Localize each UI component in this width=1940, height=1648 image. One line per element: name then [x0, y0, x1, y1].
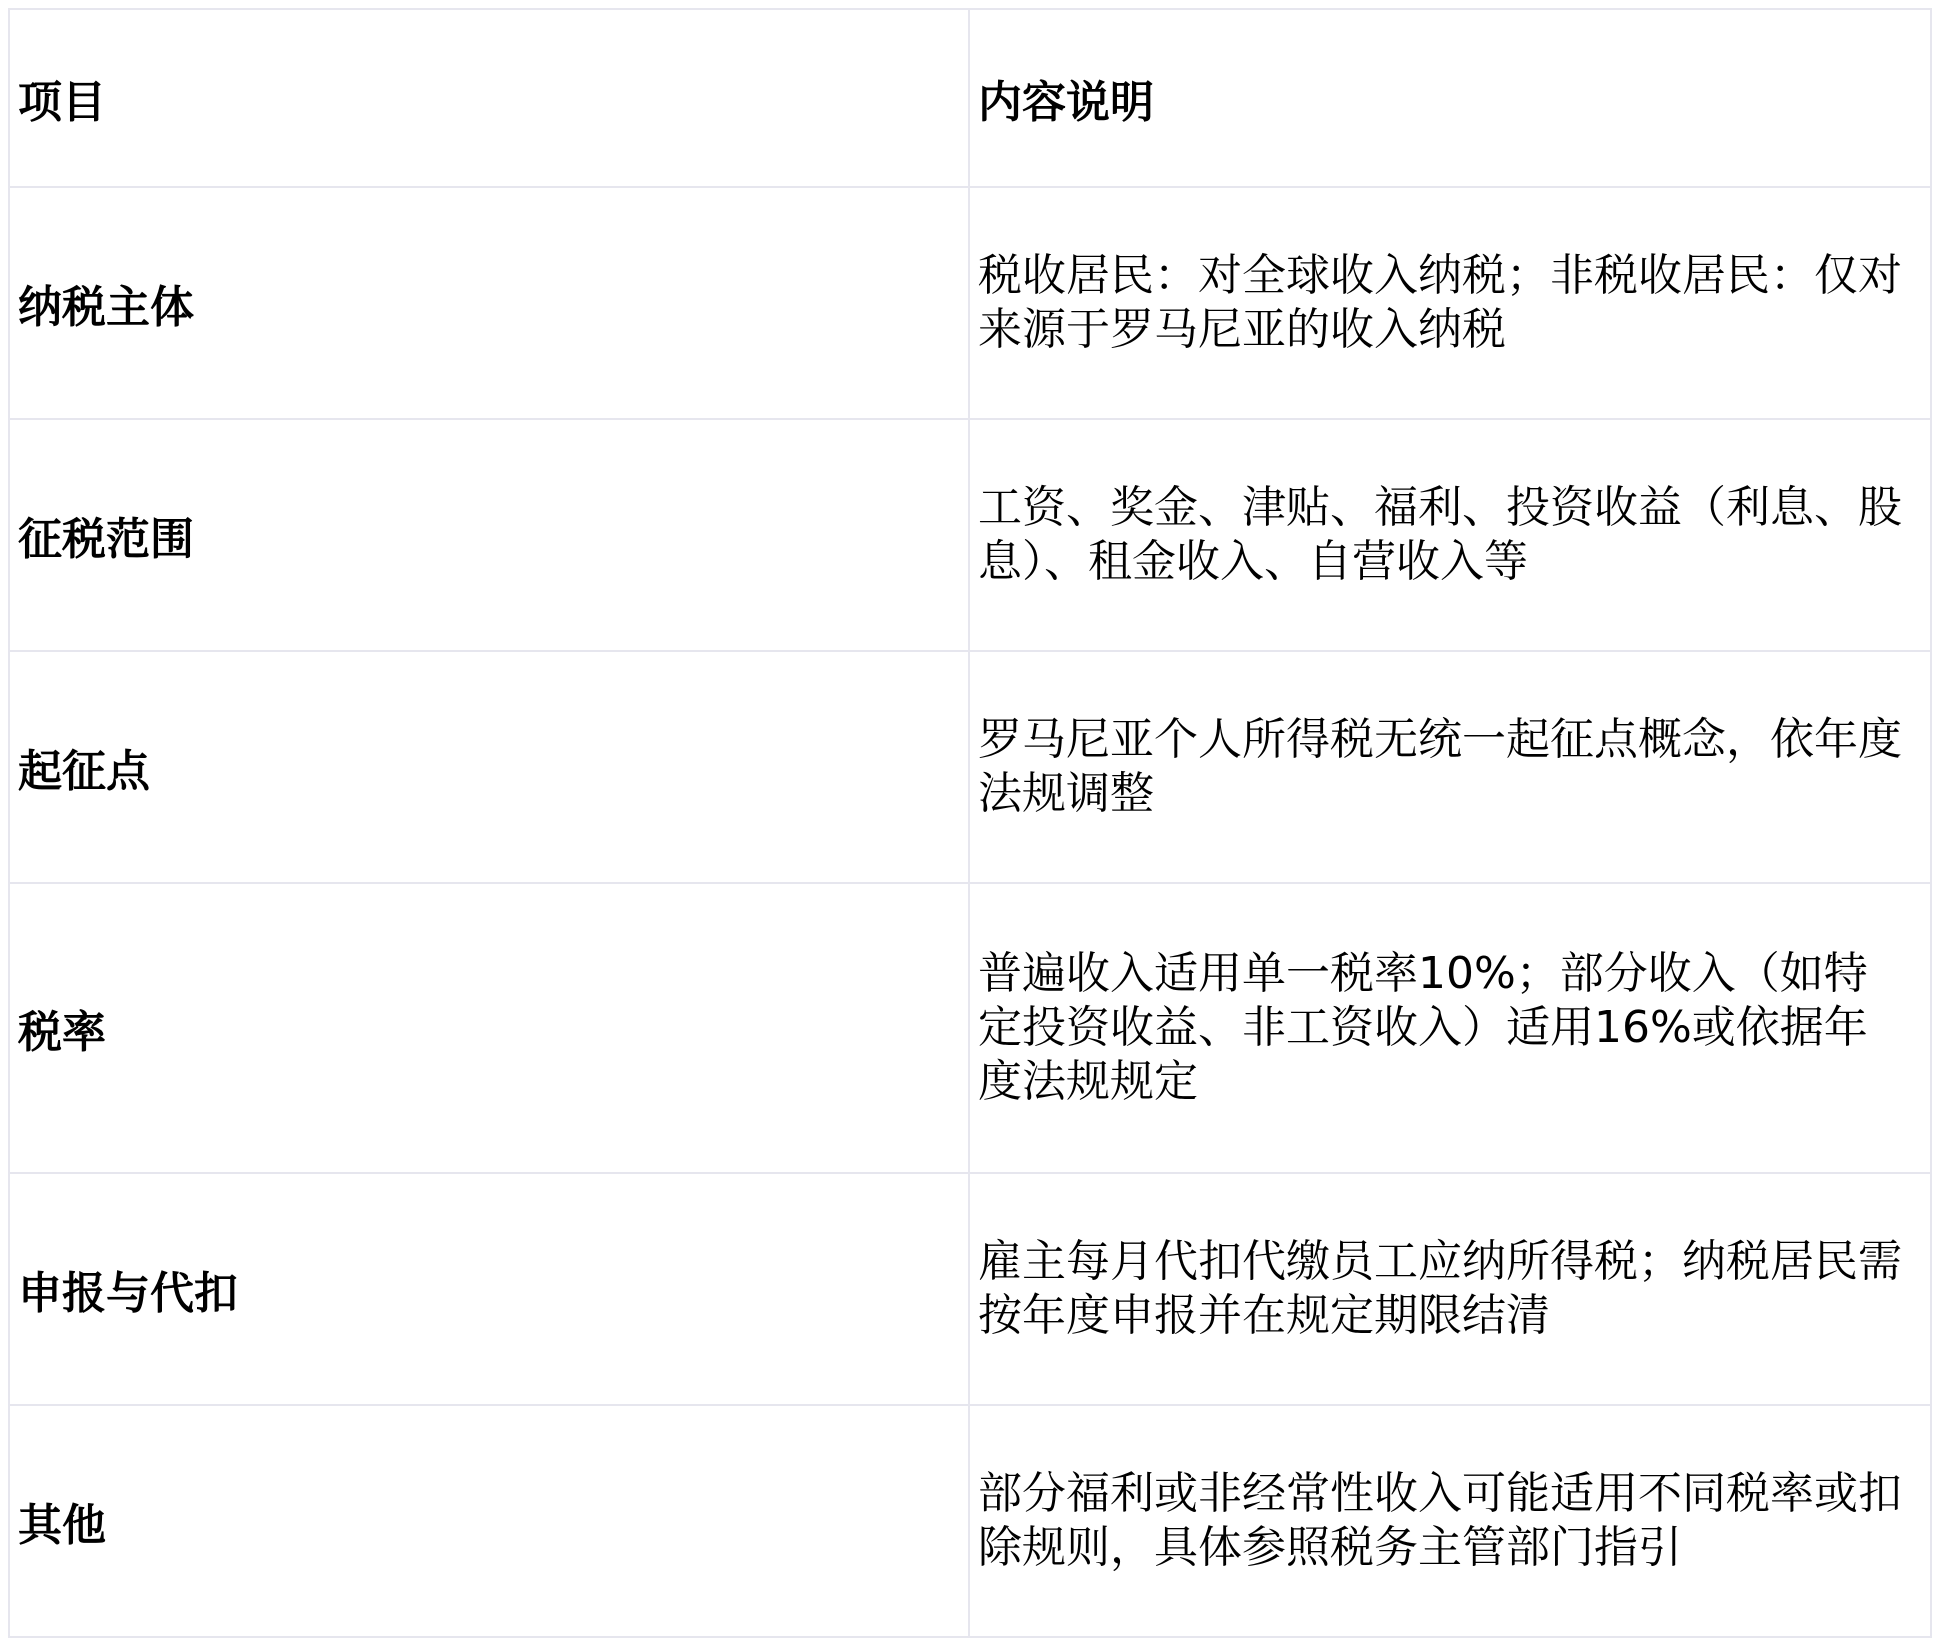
row-item: 征税范围 [9, 419, 969, 651]
table-row: 征税范围 工资、奖金、津贴、福利、投资收益（利息、股息）、租金收入、自营收入等 [9, 419, 1931, 651]
table-row: 起征点 罗马尼亚个人所得税无统一起征点概念，依年度法规调整 [9, 651, 1931, 883]
row-item: 起征点 [9, 651, 969, 883]
table-row: 税率 普遍收入适用单一税率10%；部分收入（如特定投资收益、非工资收入）适用16… [9, 883, 1931, 1173]
row-item: 其他 [9, 1405, 969, 1637]
header-description: 内容说明 [969, 9, 1931, 187]
header-row: 项目 内容说明 [9, 9, 1931, 187]
row-item: 申报与代扣 [9, 1173, 969, 1405]
row-description: 部分福利或非经常性收入可能适用不同税率或扣除规则，具体参照税务主管部门指引 [969, 1405, 1931, 1637]
row-item: 税率 [9, 883, 969, 1173]
table-row: 其他 部分福利或非经常性收入可能适用不同税率或扣除规则，具体参照税务主管部门指引 [9, 1405, 1931, 1637]
row-description: 雇主每月代扣代缴员工应纳所得税；纳税居民需按年度申报并在规定期限结清 [969, 1173, 1931, 1405]
table-row: 纳税主体 税收居民：对全球收入纳税；非税收居民：仅对来源于罗马尼亚的收入纳税 [9, 187, 1931, 419]
row-description: 普遍收入适用单一税率10%；部分收入（如特定投资收益、非工资收入）适用16%或依… [969, 883, 1931, 1173]
row-description: 税收居民：对全球收入纳税；非税收居民：仅对来源于罗马尼亚的收入纳税 [969, 187, 1931, 419]
row-description: 工资、奖金、津贴、福利、投资收益（利息、股息）、租金收入、自营收入等 [969, 419, 1931, 651]
table-row: 申报与代扣 雇主每月代扣代缴员工应纳所得税；纳税居民需按年度申报并在规定期限结清 [9, 1173, 1931, 1405]
tax-info-table: 项目 内容说明 纳税主体 税收居民：对全球收入纳税；非税收居民：仅对来源于罗马尼… [8, 8, 1932, 1638]
row-item: 纳税主体 [9, 187, 969, 419]
row-description: 罗马尼亚个人所得税无统一起征点概念，依年度法规调整 [969, 651, 1931, 883]
header-item: 项目 [9, 9, 969, 187]
